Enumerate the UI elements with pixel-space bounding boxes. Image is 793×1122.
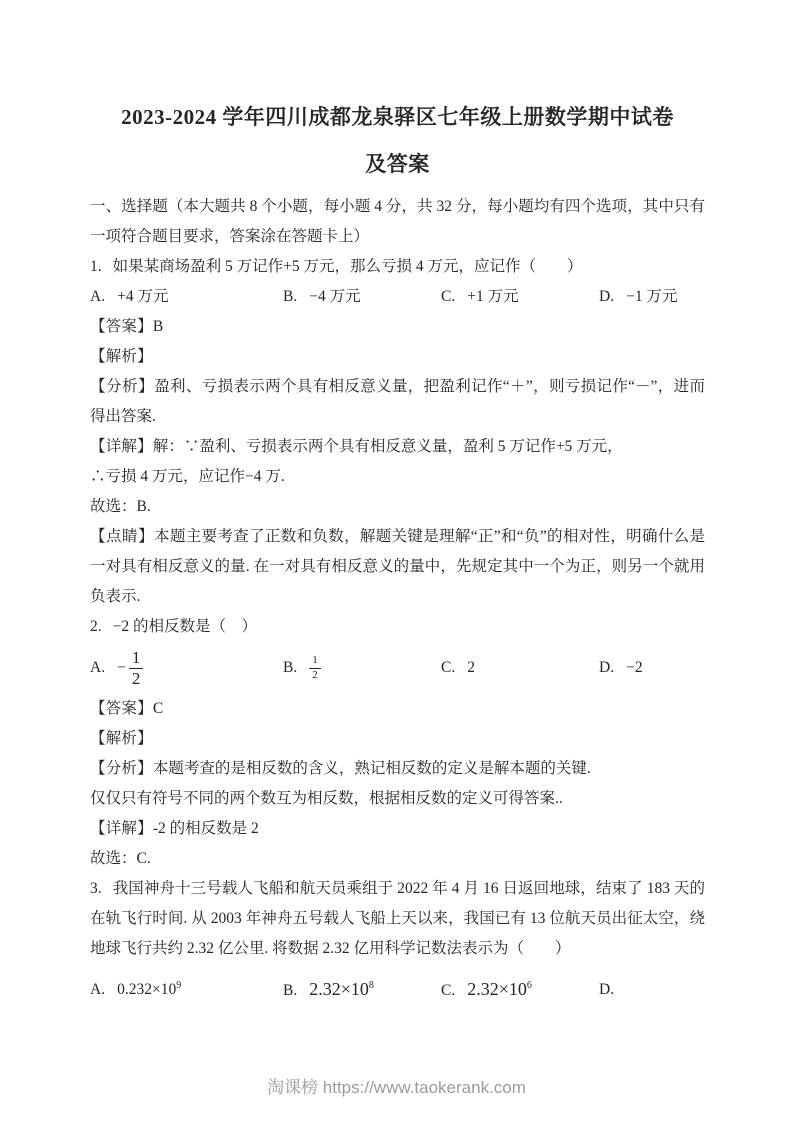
section-header: 一、选择题（本大题共 8 个小题，每小题 4 分，共 32 分，每小题均有四个选… bbox=[90, 192, 705, 252]
question-2-guxuan: 故选：C. bbox=[90, 844, 705, 874]
question-2-answer: 【答案】C bbox=[90, 694, 705, 724]
question-1-xiangjie-line2: ∴亏损 4 万元，应记作−4 万. bbox=[90, 462, 705, 492]
question-3-number: 3. bbox=[90, 880, 102, 897]
question-1-stem: 1.如果某商场盈利 5 万记作+5 万元，那么亏损 4 万元，应记作（ ） bbox=[90, 252, 705, 282]
fraction-one-half-large: 12 bbox=[129, 649, 144, 688]
minus-sign: − bbox=[117, 659, 126, 676]
page-title-line1: 2023-2024 学年四川成都龙泉驿区七年级上册数学期中试卷 bbox=[90, 94, 705, 141]
scientific-notation: 2.32×106 bbox=[467, 979, 532, 999]
question-1-fenxi: 【分析】盈利、亏损表示两个具有相反意义量，把盈利记作“＋”，则亏损记作“－”，进… bbox=[90, 372, 705, 432]
question-1-dianjing: 【点睛】本题主要考查了正数和负数，解题关键是理解“正”和“负”的相对性，明确什么… bbox=[90, 522, 705, 612]
question-1-answer: 【答案】B bbox=[90, 312, 705, 342]
option-1d: D.−1 万元 bbox=[599, 282, 705, 312]
question-2: 2.−2 的相反数是（ ） A.−12 B.12 C.2 D.−2 【答案】C … bbox=[90, 612, 705, 874]
question-1-guxuan: 故选：B. bbox=[90, 492, 705, 522]
page-title-line2: 及答案 bbox=[90, 141, 705, 188]
option-1a: A.+4 万元 bbox=[90, 282, 283, 312]
option-1b: B.−4 万元 bbox=[283, 282, 441, 312]
question-2-fenxi-line2: 仅仅只有符号不同的两个数互为相反数，根据相反数的定义可得答案.. bbox=[90, 784, 705, 814]
option-3c: C.2.32×106 bbox=[441, 974, 599, 1006]
watermark-footer: 淘课榜 https://www.taokerank.com bbox=[0, 1073, 793, 1098]
option-2a: A.−12 bbox=[90, 649, 283, 688]
scientific-notation: 2.32×108 bbox=[309, 979, 374, 999]
question-1-number: 1. bbox=[90, 258, 102, 275]
question-1-xiangjie-line1: 【详解】解：∵盈利、亏损表示两个具有相反意义量，盈利 5 万记作+5 万元， bbox=[90, 432, 705, 462]
option-3b: B.2.32×108 bbox=[283, 974, 441, 1006]
page-title: 2023-2024 学年四川成都龙泉驿区七年级上册数学期中试卷 及答案 bbox=[90, 94, 705, 188]
option-2b: B.12 bbox=[283, 653, 441, 683]
option-2c: C.2 bbox=[441, 653, 599, 683]
exam-page: 2023-2024 学年四川成都龙泉驿区七年级上册数学期中试卷 及答案 一、选择… bbox=[0, 94, 793, 1008]
question-3: 3.我国神舟十三号载人飞船和航天员乘组于 2022 年 4 月 16 日返回地球… bbox=[90, 874, 705, 1008]
question-2-fenxi-line1: 【分析】本题考查的是相反数的含义，熟记相反数的定义是解本题的关键. bbox=[90, 754, 705, 784]
scientific-notation: 0.232×109 bbox=[117, 981, 181, 998]
question-2-analysis-heading: 【解析】 bbox=[90, 724, 705, 754]
fraction-one-half-small: 12 bbox=[309, 655, 321, 681]
question-2-number: 2. bbox=[90, 618, 102, 635]
option-3a: A.0.232×109 bbox=[90, 975, 283, 1005]
option-3d: D. bbox=[599, 975, 705, 1005]
question-2-xiangjie: 【详解】-2 的相反数是 2 bbox=[90, 814, 705, 844]
question-3-stem: 3.我国神舟十三号载人飞船和航天员乘组于 2022 年 4 月 16 日返回地球… bbox=[90, 874, 705, 964]
question-1-options: A.+4 万元 B.−4 万元 C.+1 万元 D.−1 万元 bbox=[90, 282, 705, 312]
question-2-stem: 2.−2 的相反数是（ ） bbox=[90, 612, 705, 642]
option-2d: D.−2 bbox=[599, 653, 705, 683]
question-1-analysis-heading: 【解析】 bbox=[90, 342, 705, 372]
question-3-options: A.0.232×109 B.2.32×108 C.2.32×106 D. bbox=[90, 972, 705, 1008]
option-1c: C.+1 万元 bbox=[441, 282, 599, 312]
question-1: 1.如果某商场盈利 5 万记作+5 万元，那么亏损 4 万元，应记作（ ） A.… bbox=[90, 252, 705, 612]
question-2-options: A.−12 B.12 C.2 D.−2 bbox=[90, 642, 705, 694]
